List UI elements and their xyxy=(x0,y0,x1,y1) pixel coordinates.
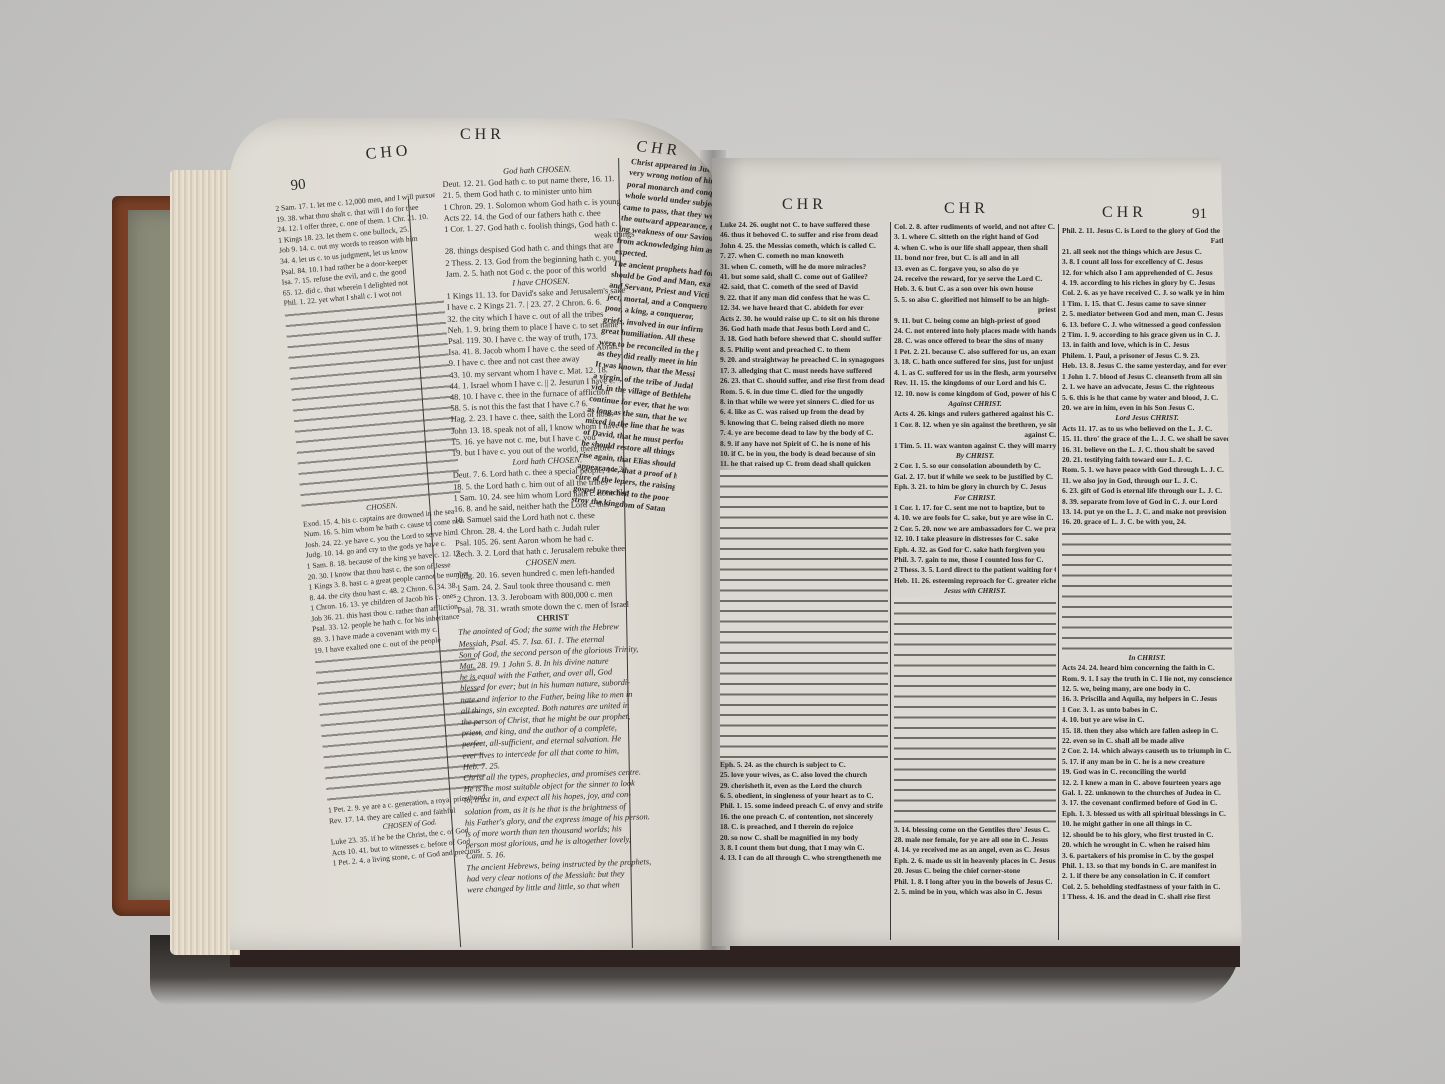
entry-line: 2 Cor. 2. 14. which always causeth us to… xyxy=(1062,746,1232,756)
entry-line: 2 Cor. 1. 5. so our consolation aboundet… xyxy=(894,461,1056,471)
entry-line: 2 Cor. 5. 20. now we are ambassadors for… xyxy=(894,524,1056,534)
entry-line: 2. 5. mind be in you, which was also in … xyxy=(894,887,1056,897)
entry-line: Eph. 2. 6. made us sit in heavenly place… xyxy=(894,856,1056,866)
entry-line: 31. when C. cometh, will he do more mira… xyxy=(720,262,888,272)
entry-line: 6. 4. like as C. was raised up from the … xyxy=(720,407,888,417)
entry-line: 6. 5. obedient, in singleness of your he… xyxy=(720,791,888,801)
entry-line: 1 Thess. 4. 16. and the dead in C. shall… xyxy=(1062,892,1232,902)
entry-line: Eph. 3. 21. to him be glory in church by… xyxy=(894,482,1056,492)
subheading-for-christ: For CHRIST. xyxy=(894,493,1056,503)
entry-line: 1 Cor. 1. 17. for C. sent me not to bapt… xyxy=(894,503,1056,513)
entry-line: 21. all seek not the things which are Je… xyxy=(1062,247,1232,257)
entry-line: 3. 1. where C. sitteth on the right hand… xyxy=(894,232,1056,242)
entry-line: 5. 17. if any man be in C. he is a new c… xyxy=(1062,757,1232,767)
entry-line: Acts 24. 24. heard him concerning the fa… xyxy=(1062,663,1232,673)
running-head-chr-center: CHR xyxy=(460,126,505,144)
entry-line: Col. 2. 8. after rudiments of world, and… xyxy=(894,222,1056,232)
entry-line: 20. which he wrought in C. when he raise… xyxy=(1062,840,1232,850)
subheading-jesus-with-christ: Jesus with CHRIST. xyxy=(894,586,1056,596)
right-page-column-2: Col. 2. 8. after rudiments of world, and… xyxy=(894,222,1056,940)
entry-line: 1 Cor. 8. 12. when ye sin against the br… xyxy=(894,420,1056,430)
entry-line: 1 Tim. 5. 11. wax wanton against C. they… xyxy=(894,441,1056,451)
entry-line: 20. Jesus C. being the chief corner-ston… xyxy=(894,866,1056,876)
entry-line: 7. 4. ye are become dead to law by the b… xyxy=(720,428,888,438)
entry-line: 20. 21. testifying faith toward our L. J… xyxy=(1062,455,1232,465)
column-rule xyxy=(890,222,891,940)
entry-line: 6. 13. before C. J. who witnessed a good… xyxy=(1062,320,1232,330)
running-head-chr-1: CHR xyxy=(782,196,827,214)
entry-line: Rom. 9. 1. I say the truth in C. I lie n… xyxy=(1062,674,1232,684)
entry-line: 13. even as C. forgave you, so also do y… xyxy=(894,264,1056,274)
entry-line: 10. he might gather in one all things in… xyxy=(1062,819,1232,829)
entry-line: 42. said, that C. cometh of the seed of … xyxy=(720,282,888,292)
entry-line: 5. 5. so also C. glorified not himself t… xyxy=(894,295,1056,305)
entry-line: Rom. 5. 1. we have peace with God throug… xyxy=(1062,465,1232,475)
entry-line: 3. 18. God hath before shewed that C. sh… xyxy=(720,334,888,344)
entry-line: 2. 1. we have an advocate, Jesus C. the … xyxy=(1062,382,1232,392)
dense-text-block xyxy=(720,470,888,760)
entry-line: 12. 5. we, being many, are one body in C… xyxy=(1062,684,1232,694)
entry-line: 12. 10. now is come kingdom of God, powe… xyxy=(894,389,1056,399)
entry-line: 16. 3. Priscilla and Aquila, my helpers … xyxy=(1062,694,1232,704)
entry-line: 25. love your wives, as C. also loved th… xyxy=(720,770,888,780)
entry-line: 1 John 1. 7. blood of Jesus C. cleanseth… xyxy=(1062,372,1232,382)
right-page: CHR CHR CHR 91 Luke 24. 26. ought not C.… xyxy=(712,158,1242,946)
left-page: 90 CHO CHR CHR 2 Sam. 17. 1. let me c. 1… xyxy=(230,118,730,950)
entry-line: 41. but some said, shall C. come out of … xyxy=(720,272,888,282)
subheading-against-christ: Against CHRIST. xyxy=(894,399,1056,409)
entry-line: 16. the one preach C. of contention, not… xyxy=(720,812,888,822)
entry-line: priest xyxy=(894,305,1056,315)
entry-line: 4. 10. but ye are wise in C. xyxy=(1062,715,1232,725)
dense-text-block xyxy=(1062,528,1232,653)
subheading-lord-jesus-christ: Lord Jesus CHRIST. xyxy=(1062,413,1232,423)
entry-line: 9. knowing that C. being raised dieth no… xyxy=(720,418,888,428)
entry-line: 26. 23. that C. should suffer, and rise … xyxy=(720,376,888,386)
entry-line: 9. 20. and straightway he preached C. in… xyxy=(720,355,888,365)
entry-line: 4. 10. we are fools for C. sake, but ye … xyxy=(894,513,1056,523)
entry-line: 15. 11. thro' the grace of the L. J. C. … xyxy=(1062,434,1232,444)
entry-line: 36. God hath made that Jesus both Lord a… xyxy=(720,324,888,334)
dense-text-block xyxy=(894,597,1056,825)
entry-line: 12. should be to his glory, who first tr… xyxy=(1062,830,1232,840)
entry-line: Col. 2. 5. beholding stedfastness of you… xyxy=(1062,882,1232,892)
entry-line: 16. 20. grace of L. J. C. be with you, 2… xyxy=(1062,517,1232,527)
entry-line: 13. in faith and love, which is in C. Je… xyxy=(1062,340,1232,350)
entry-line: 20. so now C. shall be magnified in my b… xyxy=(720,833,888,843)
entry-line: Heb. 3. 6. but C. as a son over his own … xyxy=(894,284,1056,294)
entry-line: 5. 6. this is he that came by water and … xyxy=(1062,393,1232,403)
entry-line: 11. bond nor free, but C. is all and in … xyxy=(894,253,1056,263)
entry-line: 4. 14. ye received me as an angel, even … xyxy=(894,845,1056,855)
entry-line: 10. if C. be in you, the body is dead be… xyxy=(720,449,888,459)
entry-line: 46. thus it behoved C. to suffer and ris… xyxy=(720,230,888,240)
entry-line: 22. even so in C. shall all be made aliv… xyxy=(1062,736,1232,746)
entry-line: 15. 18. then they also which are fallen … xyxy=(1062,726,1232,736)
entry-line: 12. 34. we have heard that C. abideth fo… xyxy=(720,303,888,313)
entry-line: against C. xyxy=(894,430,1056,440)
entry-line: 24. receive the reward, for ye serve the… xyxy=(894,274,1056,284)
entry-line: Eph. 4. 32. as God for C. sake hath forg… xyxy=(894,545,1056,555)
entry-line: Acts 11. 17. as to us who believed on th… xyxy=(1062,424,1232,434)
entry-line: 1 Tim. 1. 15. that C. Jesus came to save… xyxy=(1062,299,1232,309)
entry-line: 3. 6. partakers of his promise in C. by … xyxy=(1062,851,1232,861)
entry-line: 2 Thess. 3. 5. Lord direct to the patien… xyxy=(894,565,1056,575)
entry-line: 8. in that while we were yet sinners C. … xyxy=(720,397,888,407)
entry-line: 8. 5. Philip went and preached C. to the… xyxy=(720,345,888,355)
running-head-cho: CHO xyxy=(365,142,412,164)
subheading-in-christ: In CHRIST. xyxy=(1062,653,1232,663)
entry-line: 6. 23. gift of God is eternal life throu… xyxy=(1062,486,1232,496)
entry-line: Phil. 2. 11. Jesus C. is Lord to the glo… xyxy=(1062,226,1232,236)
entry-line: 24. C. not entered into holy places made… xyxy=(894,326,1056,336)
running-head-chr-2: CHR xyxy=(944,200,989,218)
entry-line: Philem. 1. Paul, a prisoner of Jesus C. … xyxy=(1062,351,1232,361)
entry-line: 9. 11. but C. being come an high-priest … xyxy=(894,316,1056,326)
entry-line: 28. male nor female, for ye are all one … xyxy=(894,835,1056,845)
entry-line: 1 Cor. 3. 1. as unto babes in C. xyxy=(1062,705,1232,715)
entry-line: 7. 27. when C. cometh no man knoweth xyxy=(720,251,888,261)
entry-line: 3. 17. the covenant confirmed before of … xyxy=(1062,798,1232,808)
entry-line: 8. 39. separate from love of God in C. J… xyxy=(1062,497,1232,507)
subheading-by-christ: By CHRIST. xyxy=(894,451,1056,461)
entry-line: Father xyxy=(1062,236,1232,246)
right-page-column-3: Phil. 2. 11. Jesus C. is Lord to the glo… xyxy=(1062,226,1232,942)
right-page-column-1: Luke 24. 26. ought not C. to have suffer… xyxy=(720,220,888,940)
entry-line: Heb. 11. 26. esteeming reproach for C. g… xyxy=(894,576,1056,586)
entry-line: 4. 13. I can do all through C. who stren… xyxy=(720,853,888,863)
entry-line: 12. 10. I take pleasure in distresses fo… xyxy=(894,534,1056,544)
entry-line: Acts 4. 26. kings and rulers gathered ag… xyxy=(894,409,1056,419)
entry-line: 1 Pet. 2. 21. because C. also suffered f… xyxy=(894,347,1056,357)
entry-line: 2. 1. if there be any consolation in C. … xyxy=(1062,871,1232,881)
entry-line: 2. 5. mediator between God and men, man … xyxy=(1062,309,1232,319)
entry-line: Phil. 1. 13. so that my bonds in C. are … xyxy=(1062,861,1232,871)
entry-line: 12. 2. I knew a man in C. above fourteen… xyxy=(1062,778,1232,788)
entry-line: Rev. 11. 15. the kingdoms of our Lord an… xyxy=(894,378,1056,388)
entry-line: 3. 8. I count them but dung, that I may … xyxy=(720,843,888,853)
entry-line: Rom. 5. 6. in due time C. died for the u… xyxy=(720,387,888,397)
entry-line: Col. 2. 6. as ye have received C. J. so … xyxy=(1062,288,1232,298)
entry-line: Acts 2. 30. he would raise up C. to sit … xyxy=(720,314,888,324)
entry-line: Eph. 5. 24. as the church is subject to … xyxy=(720,760,888,770)
entry-line: Gal. 2. 17. but if while we seek to be j… xyxy=(894,472,1056,482)
entry-line: 11. he that raised up C. from dead shall… xyxy=(720,459,888,469)
entry-line: 4. 1. as C. suffered for us in the flesh… xyxy=(894,368,1056,378)
entry-line: John 4. 25. the Messias cometh, which is… xyxy=(720,241,888,251)
entry-line: Phil. 3. 7. gain to me, those I counted … xyxy=(894,555,1056,565)
entry-line: 17. 3. alledging that C. must needs have… xyxy=(720,366,888,376)
entry-line: 28. C. was once offered to bear the sins… xyxy=(894,336,1056,346)
entry-line: 20. we are in him, even in his Son Jesus… xyxy=(1062,403,1232,413)
entry-line: 3. 18. C. hath once suffered for sins, j… xyxy=(894,357,1056,367)
entry-line: 18. C. is preached, and I therein do rej… xyxy=(720,822,888,832)
entry-line: 9. 22. that if any man did confess that … xyxy=(720,293,888,303)
entry-line: 11. we also joy in God, through our L. J… xyxy=(1062,476,1232,486)
dense-text-block xyxy=(284,296,461,509)
entry-line: 4. when C. who is our life shall appear,… xyxy=(894,243,1056,253)
entry-line: 13. 14. put ye on the L. J. C. and make … xyxy=(1062,507,1232,517)
entry-line: 3. 8. I count all loss for excellency of… xyxy=(1062,257,1232,267)
entry-line: Luke 24. 26. ought not C. to have suffer… xyxy=(720,220,888,230)
entry-line: Gal. 1. 22. unknown to the churches of J… xyxy=(1062,788,1232,798)
entry-line: 29. cherisheth it, even as the Lord the … xyxy=(720,781,888,791)
entry-line: Heb. 13. 8. Jesus C. the same yesterday,… xyxy=(1062,361,1232,371)
page-number-right: 91 xyxy=(1192,206,1207,223)
entry-line: 8. 9. if any have not Spirit of C. he is… xyxy=(720,439,888,449)
entry-line: 19. God was in C. reconciling the world xyxy=(1062,767,1232,777)
entry-line: 4. 19. according to his riches in glory … xyxy=(1062,278,1232,288)
entry-line: 2 Tim. 1. 9. according to his grace give… xyxy=(1062,330,1232,340)
column-rule xyxy=(1058,224,1059,940)
entry-line: 3. 14. blessing come on the Gentiles thr… xyxy=(894,825,1056,835)
entry-line: Phil. 1. 15. some indeed preach C. of en… xyxy=(720,801,888,811)
entry-line: 12. for which also I am apprehended of C… xyxy=(1062,268,1232,278)
running-head-chr-3: CHR xyxy=(1102,204,1147,222)
entry-line: 16. 31. believe on the L. J. C. thou sha… xyxy=(1062,445,1232,455)
page-number-left: 90 xyxy=(290,177,306,195)
entry-line: Eph. 1. 3. blessed us with all spiritual… xyxy=(1062,809,1232,819)
entry-line: Phil. 1. 8. I long after you in the bowe… xyxy=(894,877,1056,887)
